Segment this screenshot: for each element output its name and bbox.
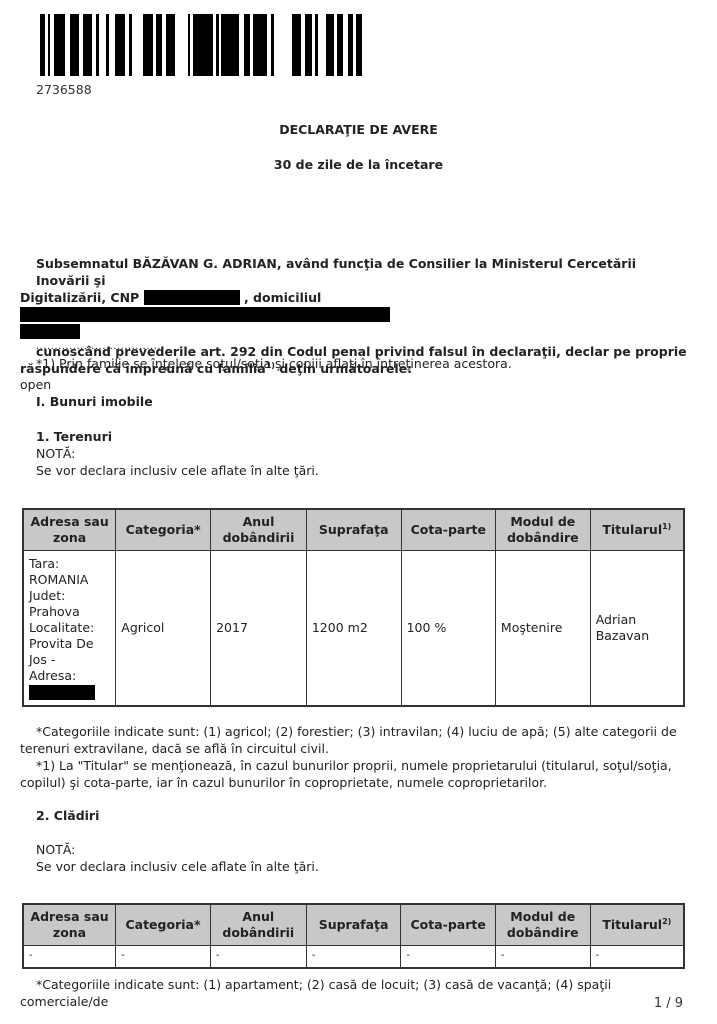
redacted-address (29, 685, 95, 700)
cell-address: Tara:ROMANIAJudet:PrahovaLocalitate:Prov… (23, 551, 116, 707)
subsection-terenuri-title: 1. Terenuri (20, 428, 706, 445)
subsection-cladiri-title: 2. Clădiri (20, 807, 706, 824)
barcode (40, 14, 385, 76)
col-holder-label: Titularul (602, 522, 662, 537)
col-share: Cota-parte (401, 904, 495, 946)
cladiri-note-label: NOTĂ: (20, 841, 706, 858)
col-holder: Titularul2) (590, 904, 684, 946)
redacted-domicile-cont (20, 324, 80, 339)
col-area: Suprafaţa (306, 509, 401, 551)
address-line: Tara: (29, 556, 110, 572)
terenuri-categories-note: *Categoriile indicate sunt: (1) agricol;… (20, 723, 690, 757)
address-lines: Tara:ROMANIAJudet:PrahovaLocalitate:Prov… (29, 556, 110, 684)
intro-line-2: Digitalizării, CNP , domiciliul (20, 289, 690, 323)
address-line: Prahova (29, 604, 110, 620)
open-label: open (20, 376, 690, 393)
cladiri-note-text: Se vor declara inclusiv cele aflate în a… (20, 858, 706, 875)
intro-line-1: Subsemnatul BĂZĂVAN G. ADRIAN, având fun… (20, 255, 690, 289)
page-number: 1 / 9 (654, 996, 683, 1011)
col-holder-label: Titularul (602, 917, 662, 932)
cell-area: - (306, 946, 401, 968)
address-line: Jos - (29, 652, 110, 668)
barcode-number: 2736588 (36, 82, 92, 97)
cell-year: - (210, 946, 306, 968)
col-address: Adresa sau zona (23, 904, 116, 946)
document-title: DECLARAŢIE DE AVERE (0, 122, 717, 137)
cell-category: - (116, 946, 211, 968)
cell-share: - (401, 946, 495, 968)
family-footnote: *1) Prin familie se înţelege soţul/soţia… (20, 355, 706, 372)
cell-category: Agricol (116, 551, 211, 707)
col-share: Cota-parte (401, 509, 495, 551)
col-category: Categoria* (116, 509, 211, 551)
cell-area: 1200 m2 (306, 551, 401, 707)
address-line: Judet: (29, 588, 110, 604)
col-address: Adresa sau zona (23, 509, 116, 551)
terenuri-table: Adresa sau zona Categoria* Anul dobândir… (22, 508, 685, 707)
col-holder: Titularul1) (590, 509, 684, 551)
holder-footnote-mark: 2) (662, 917, 671, 926)
cell-share: 100 % (401, 551, 495, 707)
redacted-cnp (144, 290, 240, 305)
address-line: Adresa: (29, 668, 110, 684)
col-mode: Modul de dobândire (495, 904, 590, 946)
address-line: ROMANIA (29, 572, 110, 588)
document-subtitle: 30 de zile de la încetare (0, 157, 717, 172)
col-area: Suprafaţa (306, 904, 401, 946)
col-year: Anul dobândirii (211, 509, 307, 551)
address-line: Provita De (29, 636, 110, 652)
cell-mode: Moştenire (495, 551, 590, 707)
cell-address: - (23, 946, 116, 968)
cell-holder: Adrian Bazavan (590, 551, 684, 707)
cell-year: 2017 (211, 551, 307, 707)
cladiri-categories-note: *Categoriile indicate sunt: (1) apartame… (20, 976, 690, 1010)
redacted-domicile (20, 307, 390, 322)
address-line: Localitate: (29, 620, 110, 636)
cell-mode: - (495, 946, 590, 968)
cell-holder: - (590, 946, 684, 968)
cladiri-table: Adresa sau zona Categoria* Anul dobândir… (22, 903, 685, 969)
terenuri-note-text: Se vor declara inclusiv cele aflate în a… (20, 462, 706, 479)
col-category: Categoria* (116, 904, 211, 946)
dots-line: ................................... (20, 338, 706, 355)
table-header-row: Adresa sau zona Categoria* Anul dobândir… (23, 904, 684, 946)
titular-note: *1) La "Titular" se menţionează, în cazu… (20, 757, 690, 791)
col-mode: Modul de dobândire (495, 509, 590, 551)
table-header-row: Adresa sau zona Categoria* Anul dobândir… (23, 509, 684, 551)
cnp-label: Digitalizării, CNP (20, 290, 139, 305)
section-1-title: I. Bunuri imobile (20, 393, 706, 410)
table-row: - - - - - - - (23, 946, 684, 968)
col-year: Anul dobândirii (210, 904, 306, 946)
holder-footnote-mark: 1) (662, 522, 671, 531)
terenuri-note-label: NOTĂ: (20, 445, 706, 462)
domicile-label: , domiciliul (244, 290, 321, 305)
table-row: Tara:ROMANIAJudet:PrahovaLocalitate:Prov… (23, 551, 684, 707)
